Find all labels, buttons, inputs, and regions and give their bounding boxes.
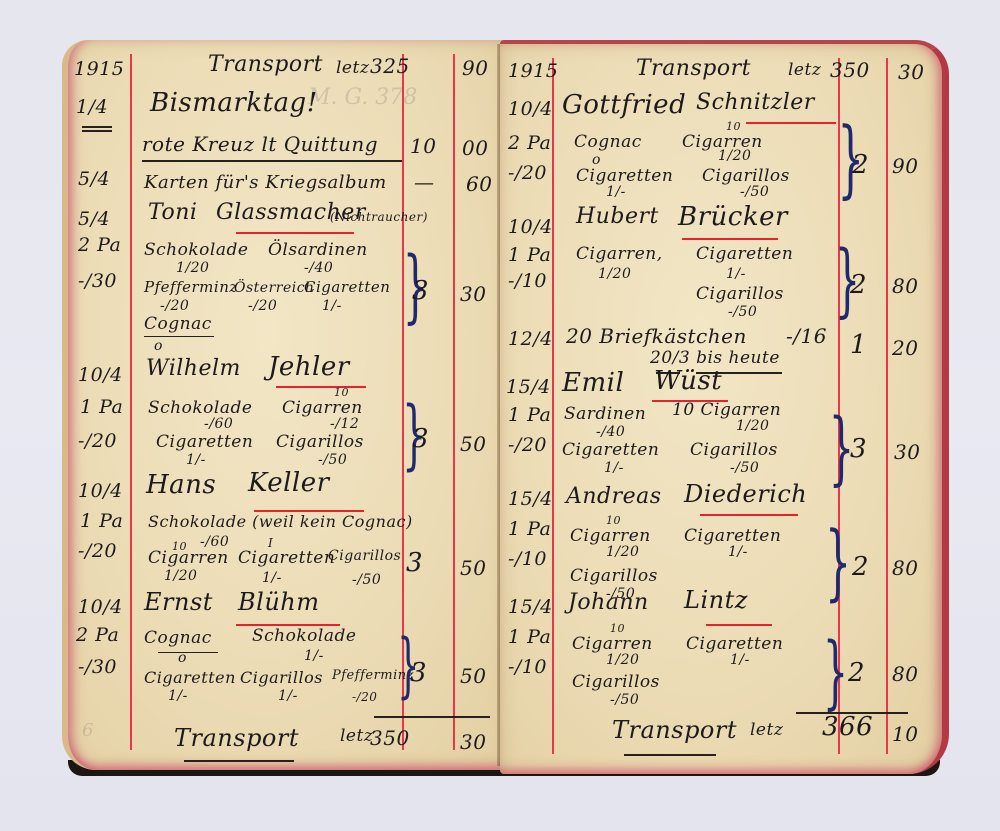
carry-out-pfennig: 10 [892, 722, 918, 746]
amount-marks: 3 [406, 548, 423, 578]
amount-pfennig: 80 [892, 662, 918, 686]
customer-first-name: Gottfried [562, 90, 686, 120]
amount-pfennig: 90 [892, 154, 918, 178]
customer-last-name: Wüst [654, 366, 722, 396]
transport-label: Transport [174, 724, 299, 752]
sub-total: -/20 [78, 540, 117, 562]
item-label: Schokolade [252, 626, 356, 646]
customer-first-name: Johann [568, 590, 649, 615]
amount-marks: 3 [412, 424, 429, 454]
pfennig-column-rule [886, 58, 888, 754]
entry-title: Karten für's Kriegsalbum [144, 172, 387, 193]
customer-first-name: Hans [146, 470, 216, 500]
entry-date: 5/4 [78, 168, 110, 190]
item-label: Cigarren [148, 548, 229, 568]
year-label: 1915 [508, 60, 558, 82]
entry-title: rote Kreuz lt Quittung [142, 132, 378, 156]
item-price: -/50 [610, 692, 639, 708]
amount-marks: 2 [852, 150, 869, 180]
sub-date: 1 Pa [80, 510, 123, 532]
customer-first-name: Toni [148, 200, 197, 225]
item-price: -/40 [596, 424, 625, 440]
bracket-icon: } [823, 632, 848, 712]
transport-abbr: letz [340, 726, 373, 746]
transport-abbr: letz [788, 60, 821, 80]
unit-price: -/16 [786, 324, 827, 348]
amount-pfennig: 80 [892, 556, 918, 580]
sub-total: -/20 [508, 162, 547, 184]
amount-marks: 1 [850, 330, 867, 360]
customer-last-name: Lintz [684, 586, 748, 614]
pfennig-column-rule [453, 54, 455, 750]
sub-date: 1 Pa [508, 404, 551, 426]
item-price: 1/- [262, 570, 282, 586]
amount-marks: 10 [410, 134, 436, 158]
bleed-through-text: M. G. 378 [308, 85, 417, 110]
sub-date: 1 Pa [80, 396, 123, 418]
item-underline [144, 336, 214, 337]
amount-pfennig: 30 [894, 440, 920, 464]
item-label: Ölsardinen [268, 240, 368, 260]
sub-total: -/10 [508, 270, 547, 292]
item-label: Pfefferminz [144, 278, 238, 296]
amount-pfennig: 50 [460, 556, 486, 580]
item-label: Cigaretten [304, 278, 390, 296]
item-price: -/20 [352, 690, 377, 704]
customer-first-name: Hubert [576, 204, 659, 229]
carry-out-marks: 366 [822, 712, 873, 742]
transport-abbr: letz [750, 720, 783, 740]
customer-first-name: Andreas [566, 484, 662, 509]
amount-marks: 2 [850, 270, 867, 300]
date-double-underline [82, 126, 112, 128]
name-red-underline [682, 238, 778, 240]
item-price: 1/- [728, 544, 748, 560]
item-price: 1/- [726, 266, 746, 282]
item-label: Sardinen [564, 404, 646, 424]
date-double-underline [82, 130, 112, 132]
item-label: Cigaretten [144, 668, 236, 687]
sub-total: -/20 [78, 430, 117, 452]
item-label: Cigarillos [696, 284, 784, 304]
amount-marks: 3 [850, 434, 867, 464]
sum-line [374, 716, 490, 718]
entry-date: 12/4 [508, 328, 553, 350]
item-label: Cigarren [570, 526, 651, 546]
sub-date: 1 Pa [508, 518, 551, 540]
bracket-icon: } [825, 522, 851, 604]
item-price: 1/- [168, 688, 188, 704]
sub-total: -/20 [508, 434, 547, 456]
sub-date: 1 Pa [508, 626, 551, 648]
item-price: 1/- [730, 652, 750, 668]
customer-first-name: Emil [562, 368, 624, 398]
transport-underline [184, 760, 294, 762]
item-label: Cigarillos [328, 548, 401, 564]
sub-total: -/10 [508, 656, 547, 678]
sub-total: -/10 [508, 548, 547, 570]
amount-pfennig: 80 [892, 274, 918, 298]
amount-pfennig: 30 [460, 282, 486, 306]
item-label: Cigaretten [156, 432, 253, 452]
amount-pfennig: 60 [466, 172, 492, 196]
item-price: 1/- [322, 298, 342, 314]
item-price: o [154, 338, 163, 354]
customer-first-name: Wilhelm [146, 356, 241, 381]
item-price: -/50 [728, 304, 757, 320]
item-price: 1/20 [176, 260, 209, 276]
entry-date: 10/4 [78, 480, 123, 502]
year-label: 1915 [74, 58, 124, 80]
item-price: -/60 [204, 416, 233, 432]
customer-last-name: Diederich [684, 480, 807, 508]
item-label: Cigarren [572, 634, 653, 654]
margin-rule-line [552, 58, 554, 754]
customer-last-name: Jehler [268, 352, 350, 382]
entry-note: 20/3 bis heute [650, 348, 780, 368]
amount-marks: 3 [412, 276, 429, 306]
item-label: Schokolade [148, 398, 252, 418]
item-price: -/50 [730, 460, 759, 476]
item-label: Cigaretten [686, 634, 783, 654]
entry-title: Bismarktag! [150, 88, 318, 118]
item-price: 1/20 [606, 544, 639, 560]
entry-date: 5/4 [78, 208, 110, 230]
amount-marks: 2 [848, 658, 865, 688]
item-price: 1/- [606, 184, 626, 200]
carry-out-marks: 350 [370, 726, 410, 750]
item-price: o [178, 650, 187, 666]
entry-date: 10/4 [508, 98, 553, 120]
item-label: Schokolade (weil kein Cognac) [148, 512, 413, 531]
name-red-underline [746, 122, 836, 124]
carry-in-pfennig: 30 [898, 60, 924, 84]
sub-date: 2 Pa [76, 624, 119, 646]
amount-pfennig: 50 [460, 432, 486, 456]
entry-underline [142, 160, 402, 162]
amount-marks: 3 [410, 658, 427, 688]
item-label: Cigaretten [576, 166, 673, 186]
carry-out-pfennig: 30 [460, 730, 486, 754]
entry-date: 1/4 [76, 96, 108, 118]
item-label: Cigarillos [240, 668, 323, 687]
carry-in-marks: 350 [830, 58, 870, 82]
transport-underline [624, 754, 716, 756]
item-label: 10 Cigarren [672, 400, 781, 420]
item-label: Cigarillos [702, 166, 790, 186]
item-price: 1/- [186, 452, 206, 468]
customer-last-name: Brücker [678, 202, 788, 232]
ledger-page-right: 1915 Transport letz 350 30 10/4 2 Pa -/2… [500, 40, 949, 774]
item-price: 1/20 [164, 568, 197, 584]
item-price: -/50 [318, 452, 347, 468]
sub-total: -/30 [78, 656, 117, 678]
entry-date: 10/4 [78, 364, 123, 386]
item-price: 1/- [604, 460, 624, 476]
item-price: 1/20 [606, 652, 639, 668]
entry-date: 10/4 [508, 216, 553, 238]
customer-note: (Nichtraucher) [330, 210, 428, 224]
entry-date: 15/4 [506, 376, 551, 398]
item-label: Cigarren [282, 398, 363, 418]
item-price: 1/- [304, 648, 324, 664]
name-red-underline [276, 386, 366, 388]
item-label: Cigarillos [690, 440, 778, 460]
item-label: Cognac [144, 314, 212, 334]
item-price: 1/20 [736, 418, 769, 434]
item-price: -/20 [248, 298, 277, 314]
amount-marks: 2 [852, 552, 869, 582]
item-price: -/50 [352, 572, 381, 588]
carry-in-marks: 325 [370, 54, 410, 78]
item-price: -/12 [330, 416, 359, 432]
item-label: Cigaretten [684, 526, 781, 546]
item-label: Cigarren, [576, 244, 663, 264]
item-label: Cigarillos [570, 566, 658, 586]
amount-pfennig: 00 [462, 136, 488, 160]
item-label: Österreich [234, 280, 315, 296]
name-red-underline [700, 514, 798, 516]
item-label: Cigaretten [562, 440, 659, 460]
transport-label: Transport [208, 52, 323, 77]
item-label: Cigarillos [572, 672, 660, 692]
customer-last-name: Keller [248, 468, 330, 498]
item-price: -/50 [740, 184, 769, 200]
item-label: Cognac [574, 132, 642, 152]
item-price: 1/20 [598, 266, 631, 282]
item-price: 1/20 [718, 148, 751, 164]
entry-date: 15/4 [508, 488, 553, 510]
name-red-underline [236, 232, 354, 234]
sub-date: 2 Pa [508, 132, 551, 154]
sub-date: 2 Pa [78, 234, 121, 256]
item-price: 1/- [278, 688, 298, 704]
customer-last-name: Blühm [238, 588, 319, 616]
customer-first-name: Ernst [144, 588, 213, 616]
transport-label: Transport [636, 56, 751, 81]
amount-pfennig: 50 [460, 664, 486, 688]
amount-marks: — [414, 170, 435, 194]
sub-total: -/30 [78, 270, 117, 292]
carry-in-pfennig: 90 [462, 56, 488, 80]
transport-abbr: letz [336, 58, 369, 78]
transport-label: Transport [612, 716, 737, 744]
item-label: Cognac [144, 628, 212, 648]
item-label: Schokolade [144, 240, 248, 260]
entry-date: 10/4 [78, 596, 123, 618]
item-label: Cigaretten [238, 548, 335, 568]
item-underline [158, 652, 218, 653]
page-number-faint: 6 [82, 720, 93, 741]
ledger-page-left: M. G. 378 6 1915 Transport letz 325 90 1… [62, 40, 508, 770]
item-label: Cigaretten [696, 244, 793, 264]
entry-date: 15/4 [508, 596, 553, 618]
customer-last-name: Schnitzler [696, 90, 815, 115]
name-red-underline [706, 624, 772, 626]
entry-title: 20 Briefkästchen [566, 324, 747, 348]
sub-date: 1 Pa [508, 244, 551, 266]
item-price: -/20 [160, 298, 189, 314]
margin-rule-line [130, 54, 132, 750]
amount-pfennig: 20 [892, 336, 918, 360]
item-label: Cigarillos [276, 432, 364, 452]
item-price: -/40 [304, 260, 333, 276]
